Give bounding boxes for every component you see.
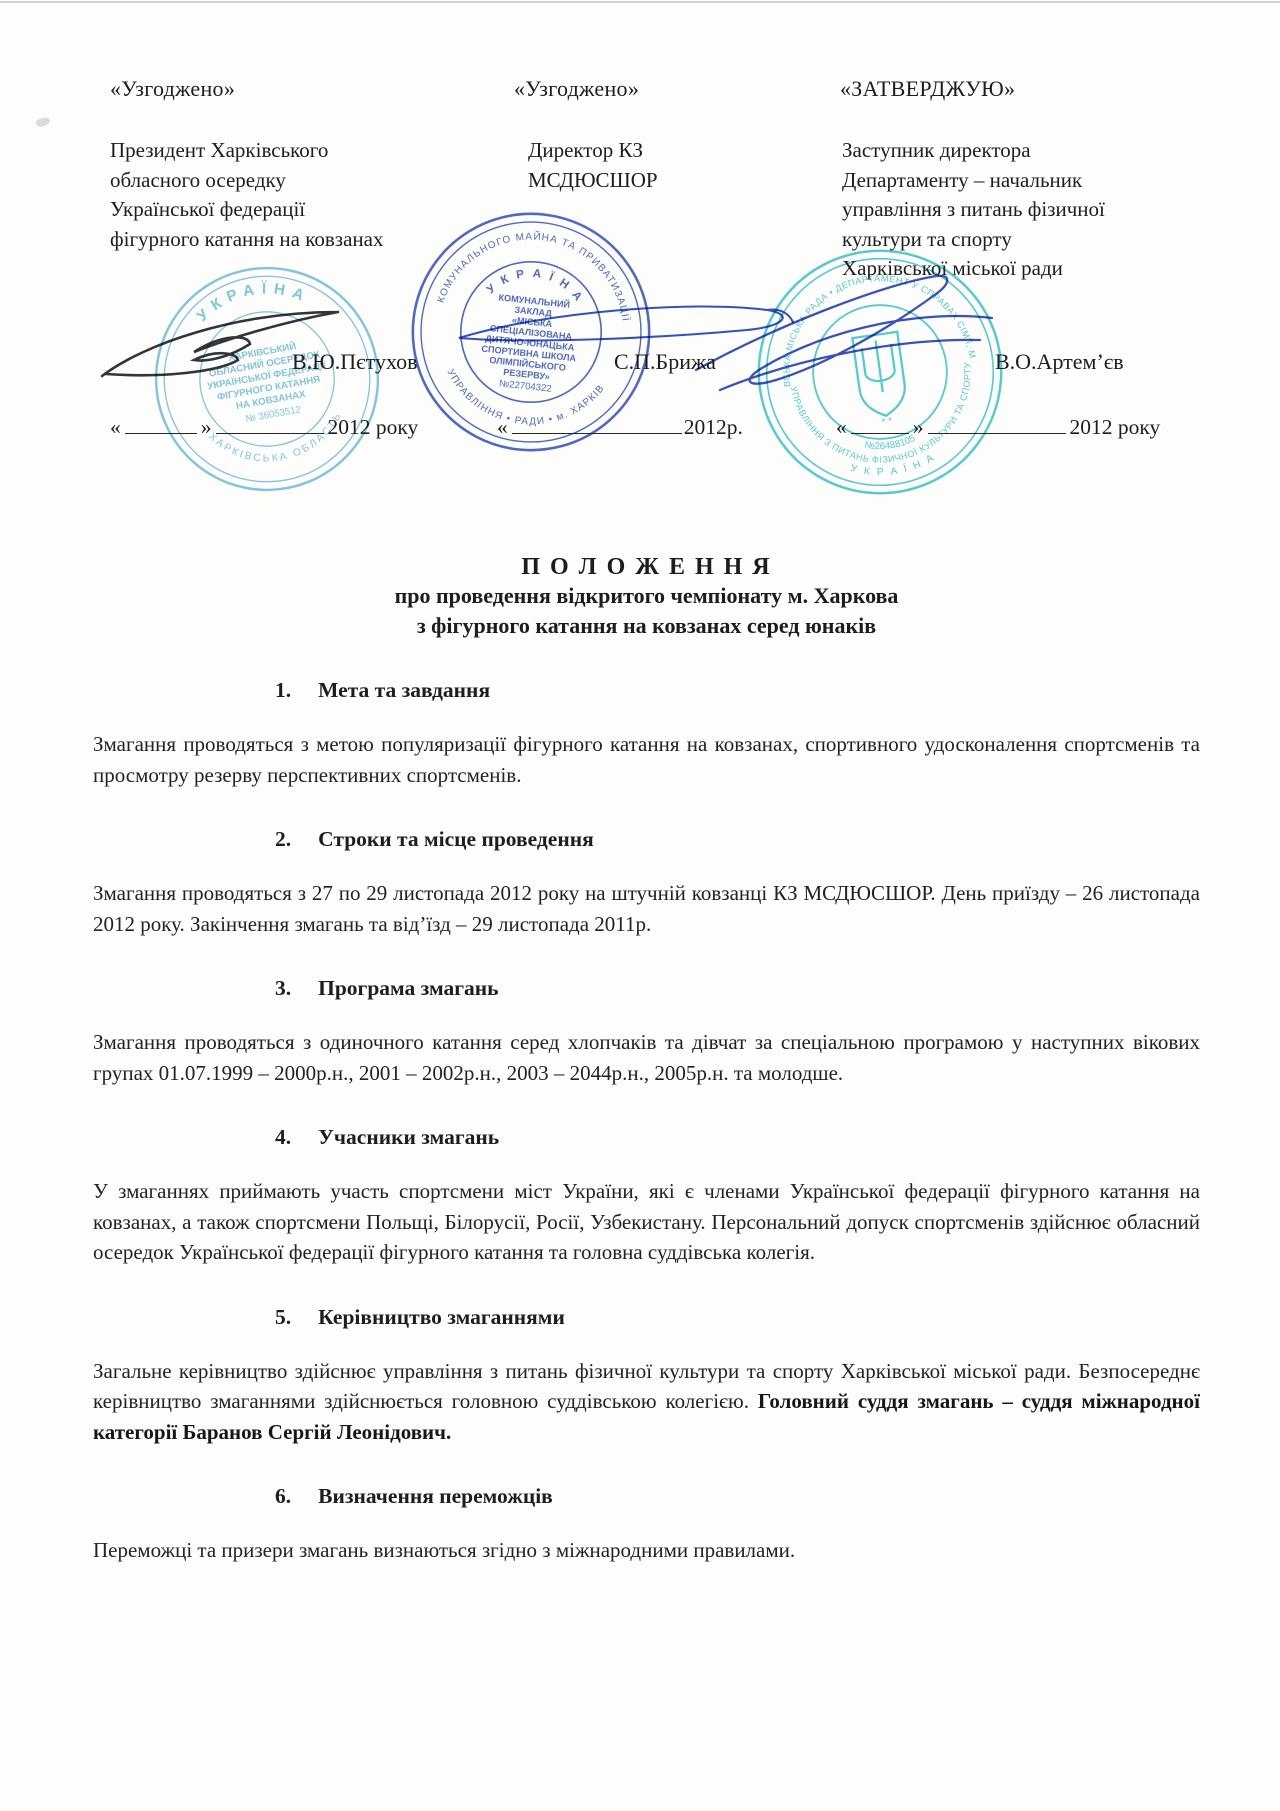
section-body-3: Змагання проводяться з одиночного катанн…	[93, 1027, 1200, 1088]
approval-quote-uzgodzheno-1: «Узгоджено»	[110, 76, 235, 102]
section-title: Строки та місце проведення	[318, 827, 594, 852]
section-number: 6.	[275, 1484, 291, 1509]
title-main: П О Л О Ж Е Н Н Я	[93, 553, 1200, 581]
blank-line	[216, 414, 324, 434]
section-number: 1.	[275, 678, 291, 703]
quote-close: »	[201, 415, 212, 439]
title-subtitle-1: про проведення відкритого чемпіонату м. …	[93, 581, 1200, 611]
section-heading-3: 3. Програма змагань	[275, 976, 1200, 1001]
section-number: 3.	[275, 976, 291, 1001]
approvals-header: «Узгоджено» «Узгоджено» «ЗАТВЕРДЖУЮ» Пре…	[0, 0, 1280, 530]
section-body-5: Загальне керівництво здійснює управління…	[93, 1356, 1200, 1448]
section-number: 5.	[275, 1305, 291, 1330]
section-number: 4.	[275, 1125, 291, 1150]
signatory-position-school-director: Директор КЗ МСДЮСШОР	[528, 136, 808, 195]
date-line-3: «»2012 року	[836, 414, 1160, 440]
section-body-6: Переможці та призери змагань визнаються …	[93, 1535, 1200, 1566]
section-title: Програма змагань	[318, 976, 498, 1001]
quote-open: «	[836, 415, 847, 439]
scanned-document-page: «Узгоджено» «Узгоджено» «ЗАТВЕРДЖУЮ» Пре…	[0, 0, 1280, 1811]
date-line-1: «»2012 року	[110, 414, 418, 440]
approval-quote-zatverdzhuyu: «ЗАТВЕРДЖУЮ»	[840, 76, 1015, 102]
blank-line	[125, 414, 197, 434]
blank-line	[512, 414, 682, 434]
date-line-2: «2012р.	[497, 414, 743, 440]
signatory-position-deputy-director: Заступник директора Департаменту – начал…	[842, 136, 1162, 284]
section-heading-4: 4. Учасники змагань	[275, 1125, 1200, 1150]
section-heading-2: 2. Строки та місце проведення	[275, 827, 1200, 852]
petukhov-signature-icon	[96, 300, 346, 390]
blank-line	[928, 414, 1066, 434]
section-heading-1: 1. Мета та завдання	[275, 678, 1200, 703]
section-heading-6: 6. Визначення переможців	[275, 1484, 1200, 1509]
signatory-position-federation: Президент Харківського обласного осередк…	[110, 136, 460, 254]
artemiev-signature-icon	[688, 268, 1008, 403]
section-number: 2.	[275, 827, 291, 852]
section-body-1: Змагання проводяться з метою популяризац…	[93, 729, 1200, 790]
section-title: Визначення переможців	[318, 1484, 553, 1509]
signatory-name-artemiev: В.О.Артем’єв	[995, 349, 1124, 375]
document-title: П О Л О Ж Е Н Н Я про проведення відкрит…	[93, 553, 1200, 641]
document-body: П О Л О Ж Е Н Н Я про проведення відкрит…	[93, 553, 1200, 1566]
quote-open: «	[110, 415, 121, 439]
approval-quote-uzgodzheno-2: «Узгоджено»	[514, 76, 639, 102]
section-body-4: У змаганнях приймають участь спортсмени …	[93, 1176, 1200, 1268]
section-title: Керівництво змаганнями	[318, 1305, 565, 1330]
year-label: 2012 року	[1070, 415, 1161, 439]
section-title: Учасники змагань	[318, 1125, 499, 1150]
section-body-2: Змагання проводяться з 27 по 29 листопад…	[93, 878, 1200, 939]
section-title: Мета та завдання	[318, 678, 490, 703]
section-heading-5: 5. Керівництво змаганнями	[275, 1305, 1200, 1330]
quote-open: «	[497, 415, 508, 439]
year-label: 2012 року	[328, 415, 419, 439]
year-label: 2012р.	[684, 415, 743, 439]
quote-close: »	[913, 415, 924, 439]
blank-line	[851, 414, 909, 434]
title-subtitle-2: з фігурного катання на ковзанах серед юн…	[93, 611, 1200, 641]
